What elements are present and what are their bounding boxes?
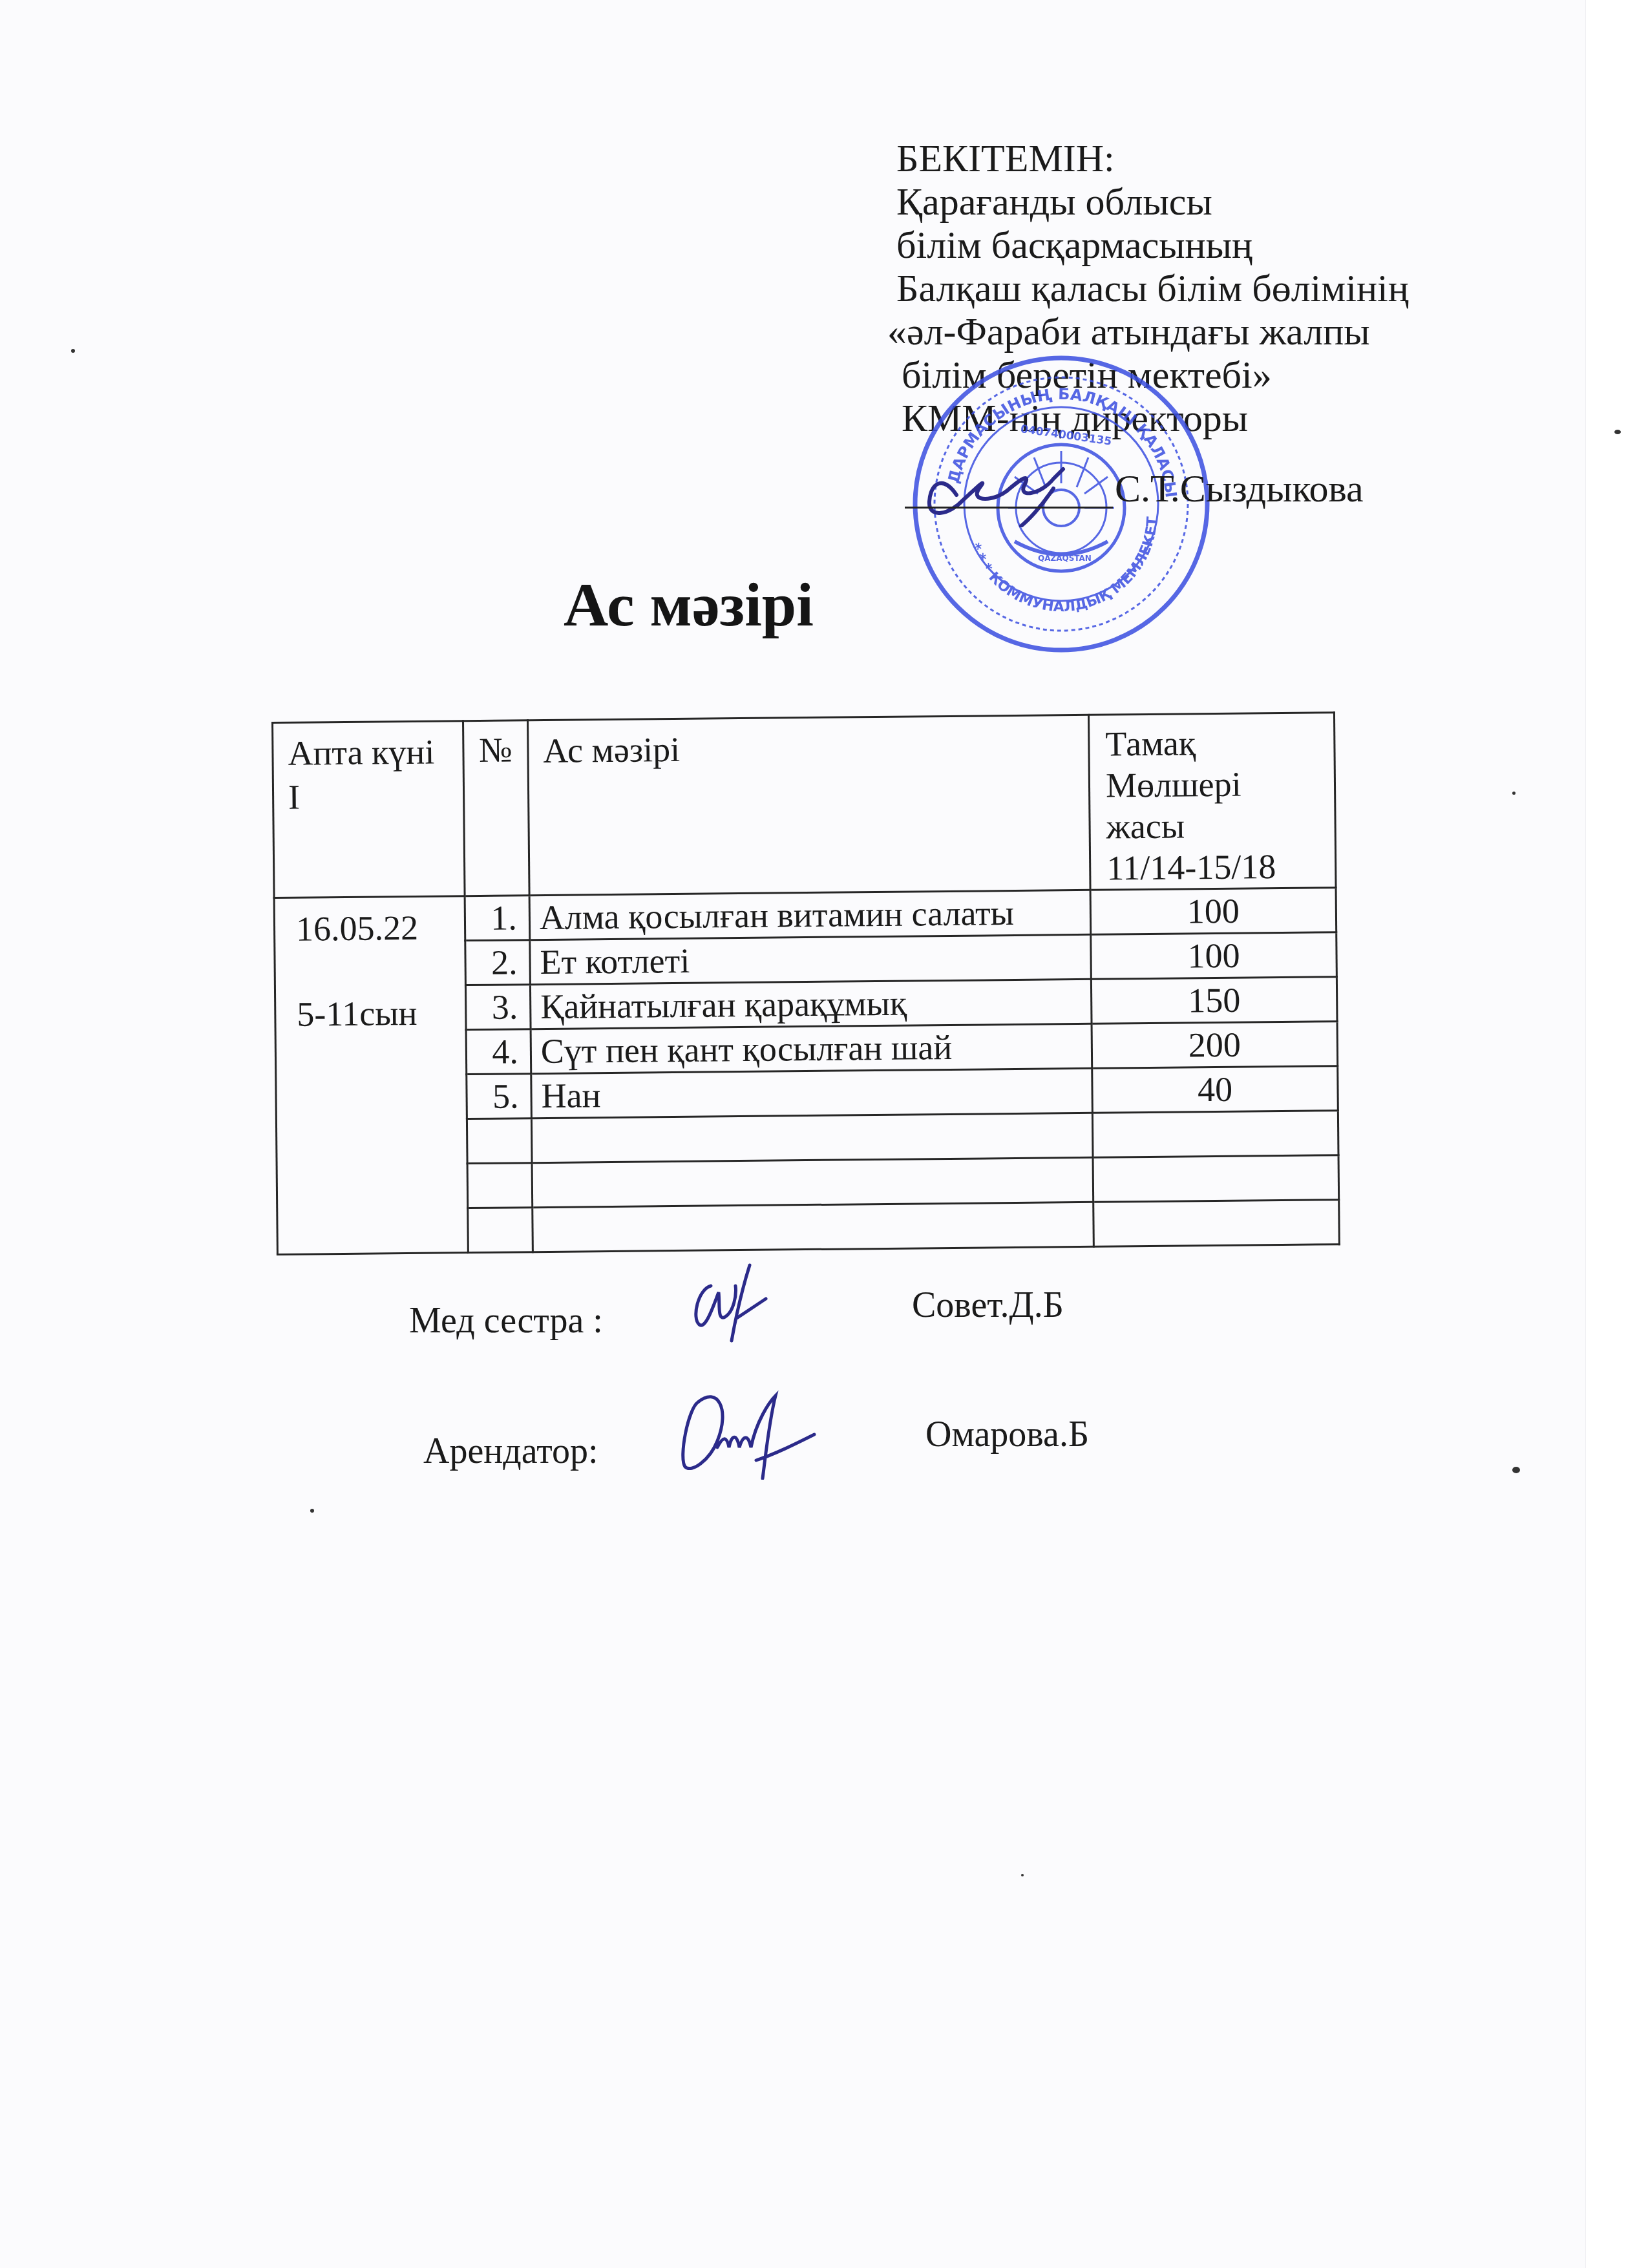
- row-num: 4.: [466, 1029, 531, 1075]
- header-num: №: [463, 720, 530, 896]
- header-day-line: І: [288, 778, 301, 817]
- menu-date: 16.05.22: [296, 906, 458, 950]
- svg-text:QAZAQSTAN: QAZAQSTAN: [1038, 554, 1092, 563]
- row-dish: [532, 1157, 1093, 1207]
- row-num: [467, 1163, 533, 1208]
- header-qty-line: Тамақ: [1105, 724, 1196, 763]
- row-dish: Қайнатылған қарақұмық: [530, 979, 1092, 1029]
- tenant-label: Арендатор:: [423, 1431, 598, 1472]
- row-dish: Нан: [531, 1068, 1093, 1118]
- scan-speck: [310, 1509, 314, 1513]
- row-num: 3.: [465, 985, 531, 1030]
- row-qty: 150: [1091, 977, 1337, 1024]
- director-signature-icon: [918, 450, 1112, 527]
- row-qty: 100: [1091, 932, 1337, 980]
- approval-heading: БЕКІТЕМІН:: [896, 137, 1543, 180]
- row-num: [468, 1208, 533, 1253]
- header-qty-line: 11/14-15/18: [1106, 847, 1276, 888]
- row-num: [467, 1118, 532, 1164]
- tenant-name: Омарова.Б: [925, 1414, 1089, 1455]
- row-num: 1.: [465, 896, 530, 941]
- approval-line: Балқаш қаласы білім бөлімінің: [896, 267, 1543, 310]
- table-header-row: Апта күні І № Ас мәзірі Тамақ Мөлшері жа…: [273, 713, 1336, 898]
- scan-speck: [1614, 430, 1621, 434]
- approval-line: білім басқармасының: [896, 224, 1543, 267]
- row-qty: [1093, 1155, 1339, 1202]
- header-day: Апта күні І: [273, 721, 465, 898]
- class-group: 5-11сын: [297, 991, 459, 1035]
- scan-page-edge: [1585, 0, 1648, 2268]
- row-num: 2.: [465, 940, 531, 985]
- row-dish: Сүт пен қант қосылған шай: [531, 1024, 1092, 1073]
- menu-table: Апта күні І № Ас мәзірі Тамақ Мөлшері жа…: [271, 711, 1340, 1255]
- nurse-label: Мед сестра :: [409, 1300, 603, 1341]
- page-title: Ас мәзірі: [0, 569, 1648, 640]
- signature-line: [905, 507, 1113, 509]
- tenant-signature-icon: [672, 1383, 821, 1480]
- row-qty: 200: [1092, 1022, 1338, 1069]
- row-qty: [1092, 1111, 1338, 1158]
- row-qty: 40: [1092, 1066, 1338, 1113]
- nurse-signature-icon: [685, 1260, 782, 1344]
- row-qty: 100: [1090, 888, 1336, 935]
- scan-speck: [1512, 1467, 1520, 1473]
- approval-line: Қарағанды облысы: [896, 180, 1543, 224]
- row-dish: [531, 1113, 1093, 1162]
- row-dish: [533, 1202, 1094, 1252]
- row-qty: [1093, 1200, 1340, 1247]
- scan-speck: [1512, 792, 1516, 795]
- scan-speck: [1021, 1874, 1024, 1876]
- director-signature-row: С.Т.Сыздыкова: [905, 465, 1370, 517]
- nurse-name: Совет.Д.Б: [912, 1285, 1064, 1326]
- row-dish: Алма қосылған витамин салаты: [529, 890, 1091, 940]
- day-cell: 16.05.22 5-11сын: [274, 896, 468, 1255]
- header-day-line: Апта күні: [288, 733, 434, 773]
- approval-line: КММ-нің директоры: [896, 397, 1543, 440]
- approval-line: «әл-Фараби атындағы жалпы: [887, 310, 1543, 353]
- row-num: 5.: [467, 1074, 532, 1119]
- scan-speck: [71, 349, 75, 353]
- director-name: С.Т.Сыздыкова: [1115, 467, 1364, 511]
- header-qty-line: Мөлшері жасы: [1106, 765, 1241, 846]
- header-qty: Тамақ Мөлшері жасы 11/14-15/18: [1088, 713, 1336, 890]
- row-dish: Ет котлеті: [530, 934, 1092, 984]
- approval-line: білім беретін мектебі»: [896, 353, 1543, 397]
- header-dish: Ас мәзірі: [527, 715, 1090, 895]
- approval-block: БЕКІТЕМІН: Қарағанды облысы білім басқар…: [896, 137, 1543, 440]
